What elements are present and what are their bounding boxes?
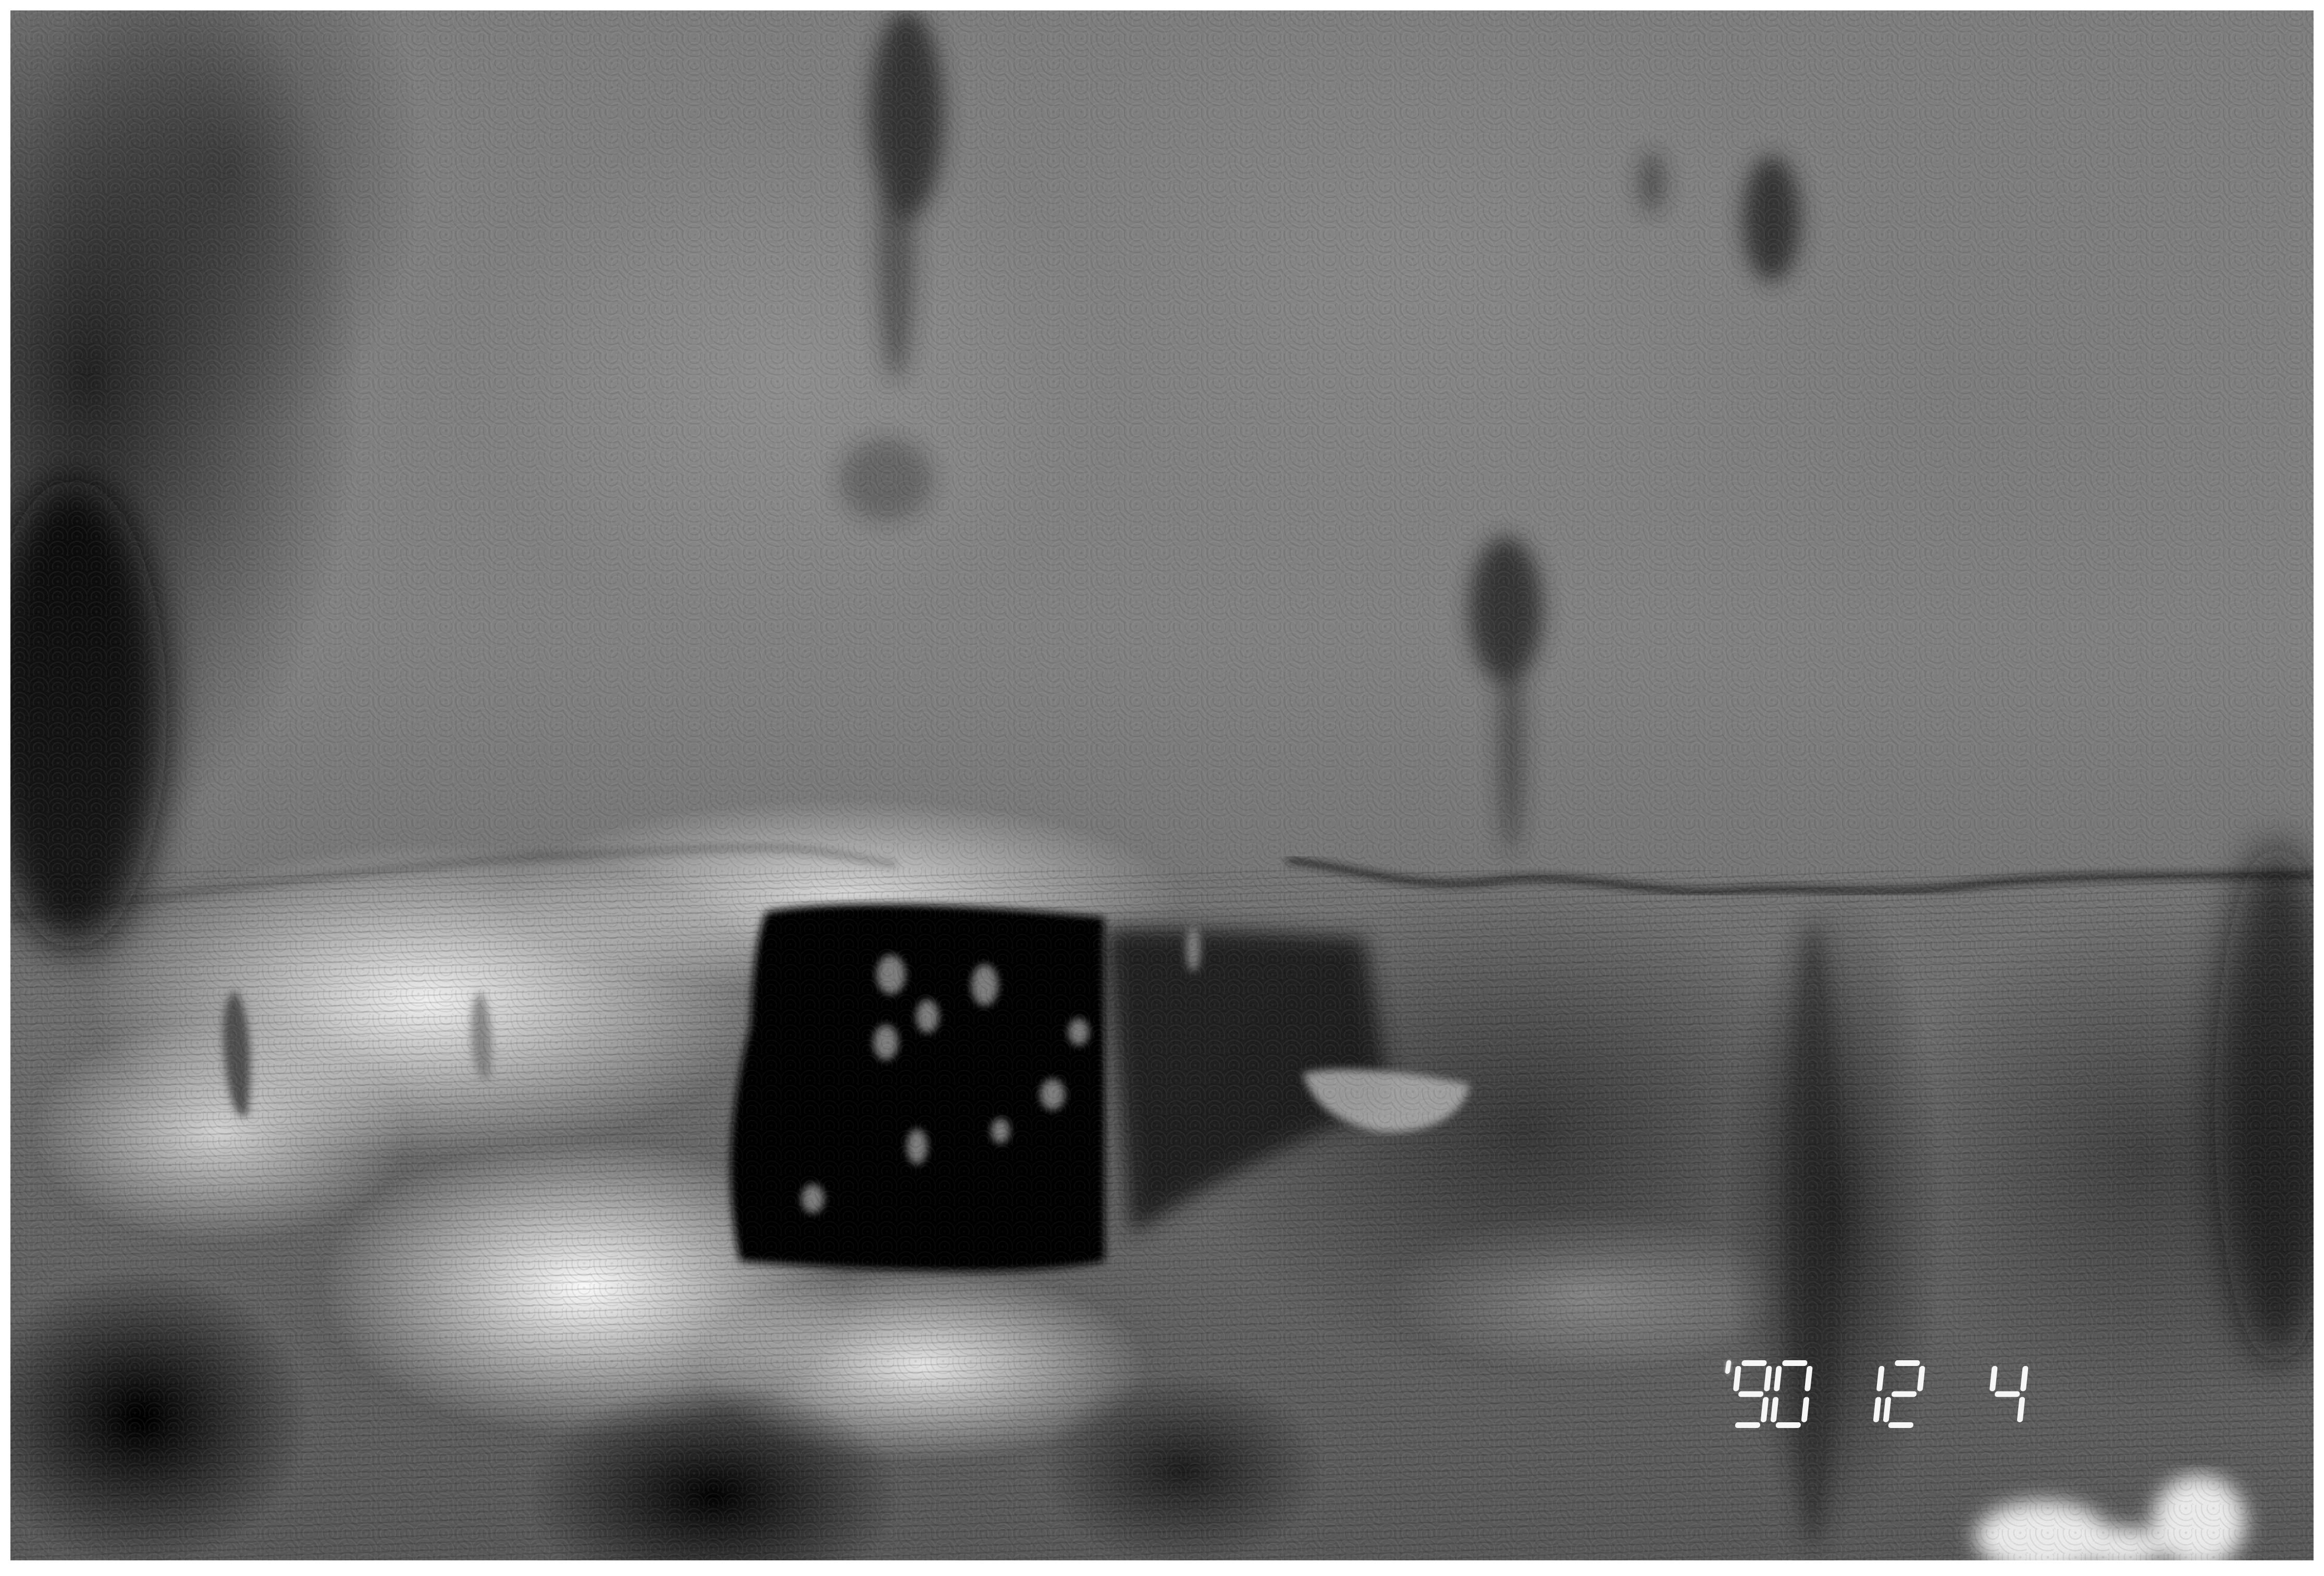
date-digit <box>1993 1360 2029 1428</box>
date-digit <box>1736 1360 1773 1428</box>
date-digit <box>1777 1360 1813 1428</box>
date-digit <box>1849 1360 1885 1428</box>
date-stamp: '90 12 4 <box>1725 1355 2033 1428</box>
concrete-wall-photo <box>10 10 2314 1560</box>
film-grain <box>10 10 2314 1560</box>
date-apostrophe <box>1725 1360 1733 1428</box>
date-digit <box>1889 1360 1926 1428</box>
